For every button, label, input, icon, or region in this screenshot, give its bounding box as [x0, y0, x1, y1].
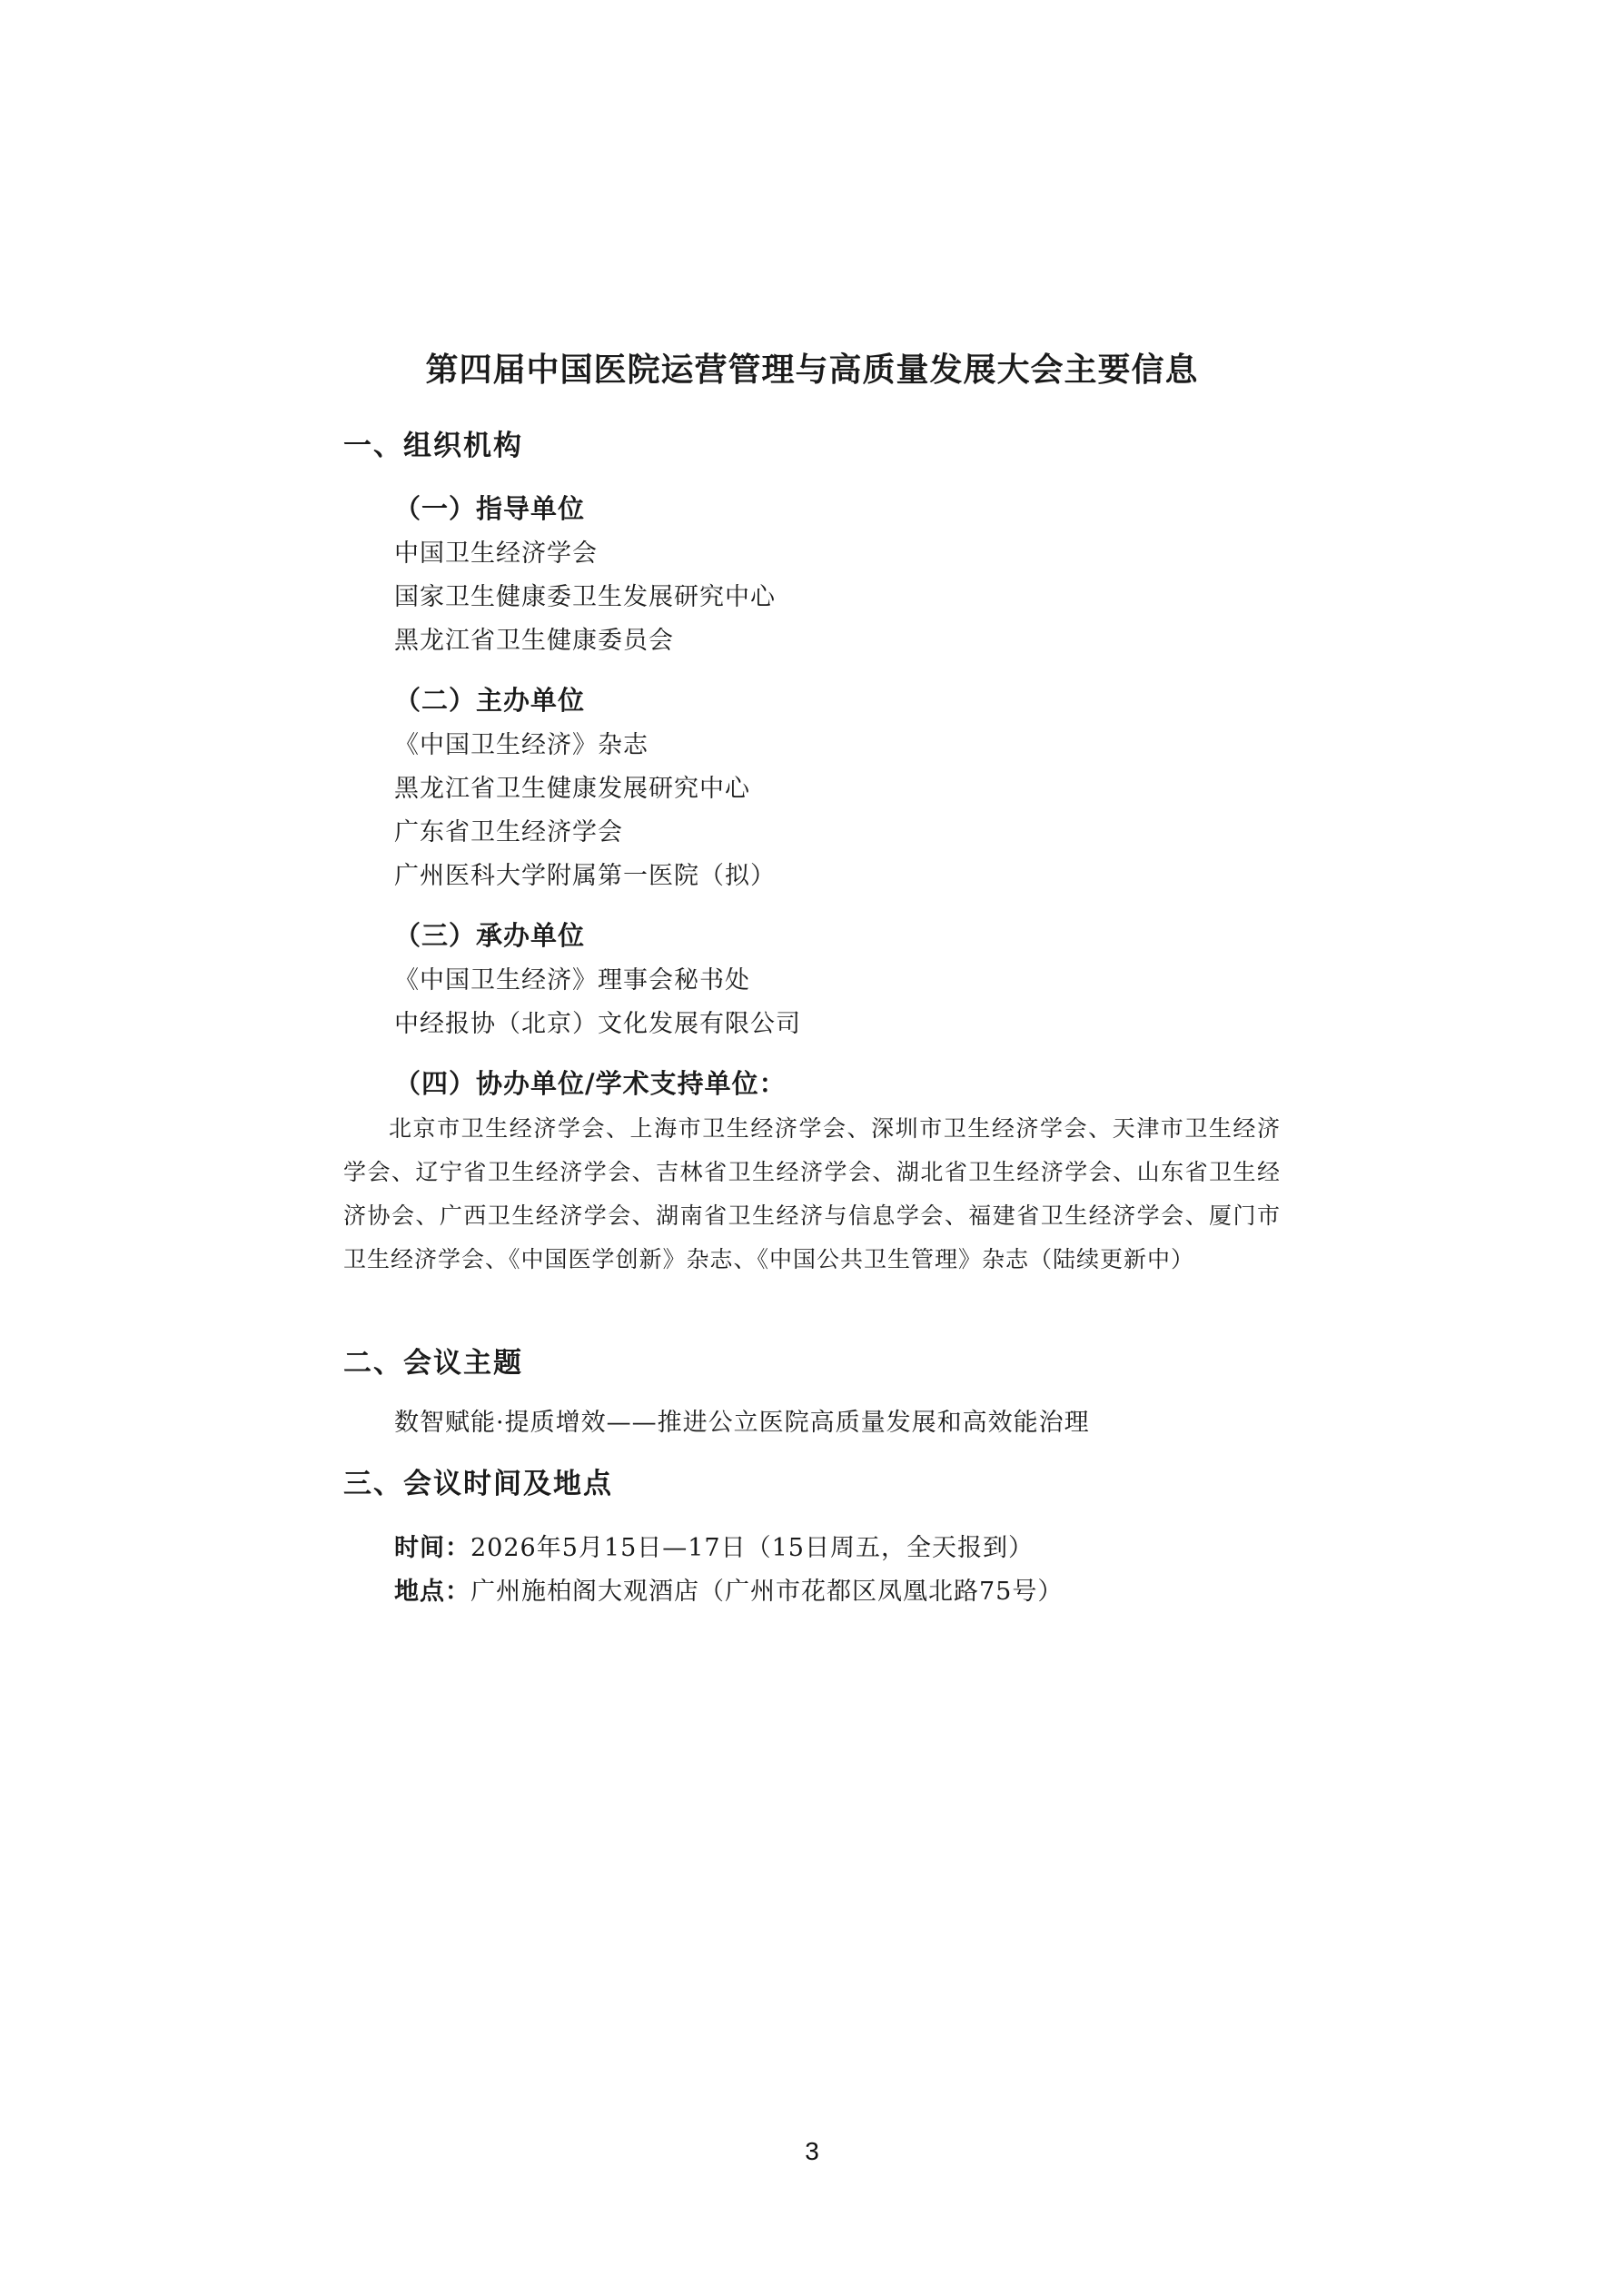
document-page: 第四届中国医院运营管理与高质量发展大会主要信息 一、组织机构 （一）指导单位 中…: [343, 0, 1281, 1614]
venue-line: 地点：广州施柏阁大观酒店（广州市花都区凤凰北路75号）: [394, 1570, 1281, 1614]
page-number: 3: [0, 2136, 1624, 2167]
venue-label: 地点：: [394, 1578, 470, 1606]
venue-value: 广州施柏阁大观酒店（广州市花都区凤凰北路75号）: [470, 1578, 1063, 1606]
time-value: 2026年5月15日—17日（15日周五，全天报到）: [470, 1534, 1034, 1562]
document-title: 第四届中国医院运营管理与高质量发展大会主要信息: [343, 350, 1281, 390]
subsection-co-organizer-units: （四）协办单位/学术支持单位： 北京市卫生经济学会、上海市卫生经济学会、深圳市卫…: [343, 1066, 1281, 1282]
co-organizer-units-label: （四）协办单位/学术支持单位：: [394, 1066, 1281, 1101]
org-item: 黑龙江省卫生健康发展研究中心: [394, 767, 1281, 811]
org-item: 国家卫生健康委卫生发展研究中心: [394, 576, 1281, 619]
theme-text: 数智赋能·提质增效——推进公立医院高质量发展和高效能治理: [394, 1401, 1281, 1445]
undertaking-units-label: （三）承办单位: [394, 918, 1281, 953]
org-item: 《中国卫生经济》理事会秘书处: [394, 959, 1281, 1003]
time-line: 时间：2026年5月15日—17日（15日周五，全天报到）: [394, 1527, 1281, 1570]
org-item: 黑龙江省卫生健康委员会: [394, 619, 1281, 663]
org-item: 广州医科大学附属第一医院（拟）: [394, 855, 1281, 898]
section-heading-time-venue: 三、会议时间及地点: [343, 1466, 1281, 1502]
subsection-host-units: （二）主办单位 《中国卫生经济》杂志 黑龙江省卫生健康发展研究中心 广东省卫生经…: [343, 683, 1281, 898]
subsection-undertaking-units: （三）承办单位 《中国卫生经济》理事会秘书处 中经报协（北京）文化发展有限公司: [343, 918, 1281, 1046]
time-label: 时间：: [394, 1534, 470, 1562]
section-heading-organization: 一、组织机构: [343, 428, 1281, 464]
guiding-units-label: （一）指导单位: [394, 491, 1281, 526]
co-organizer-paragraph: 北京市卫生经济学会、上海市卫生经济学会、深圳市卫生经济学会、天津市卫生经济学会、…: [343, 1107, 1281, 1282]
section-heading-theme: 二、会议主题: [343, 1345, 1281, 1381]
host-units-label: （二）主办单位: [394, 683, 1281, 717]
org-item: 中经报协（北京）文化发展有限公司: [394, 1003, 1281, 1046]
org-item: 广东省卫生经济学会: [394, 811, 1281, 855]
org-item: 《中国卫生经济》杂志: [394, 724, 1281, 767]
subsection-guiding-units: （一）指导单位 中国卫生经济学会 国家卫生健康委卫生发展研究中心 黑龙江省卫生健…: [343, 491, 1281, 663]
org-item: 中国卫生经济学会: [394, 532, 1281, 576]
